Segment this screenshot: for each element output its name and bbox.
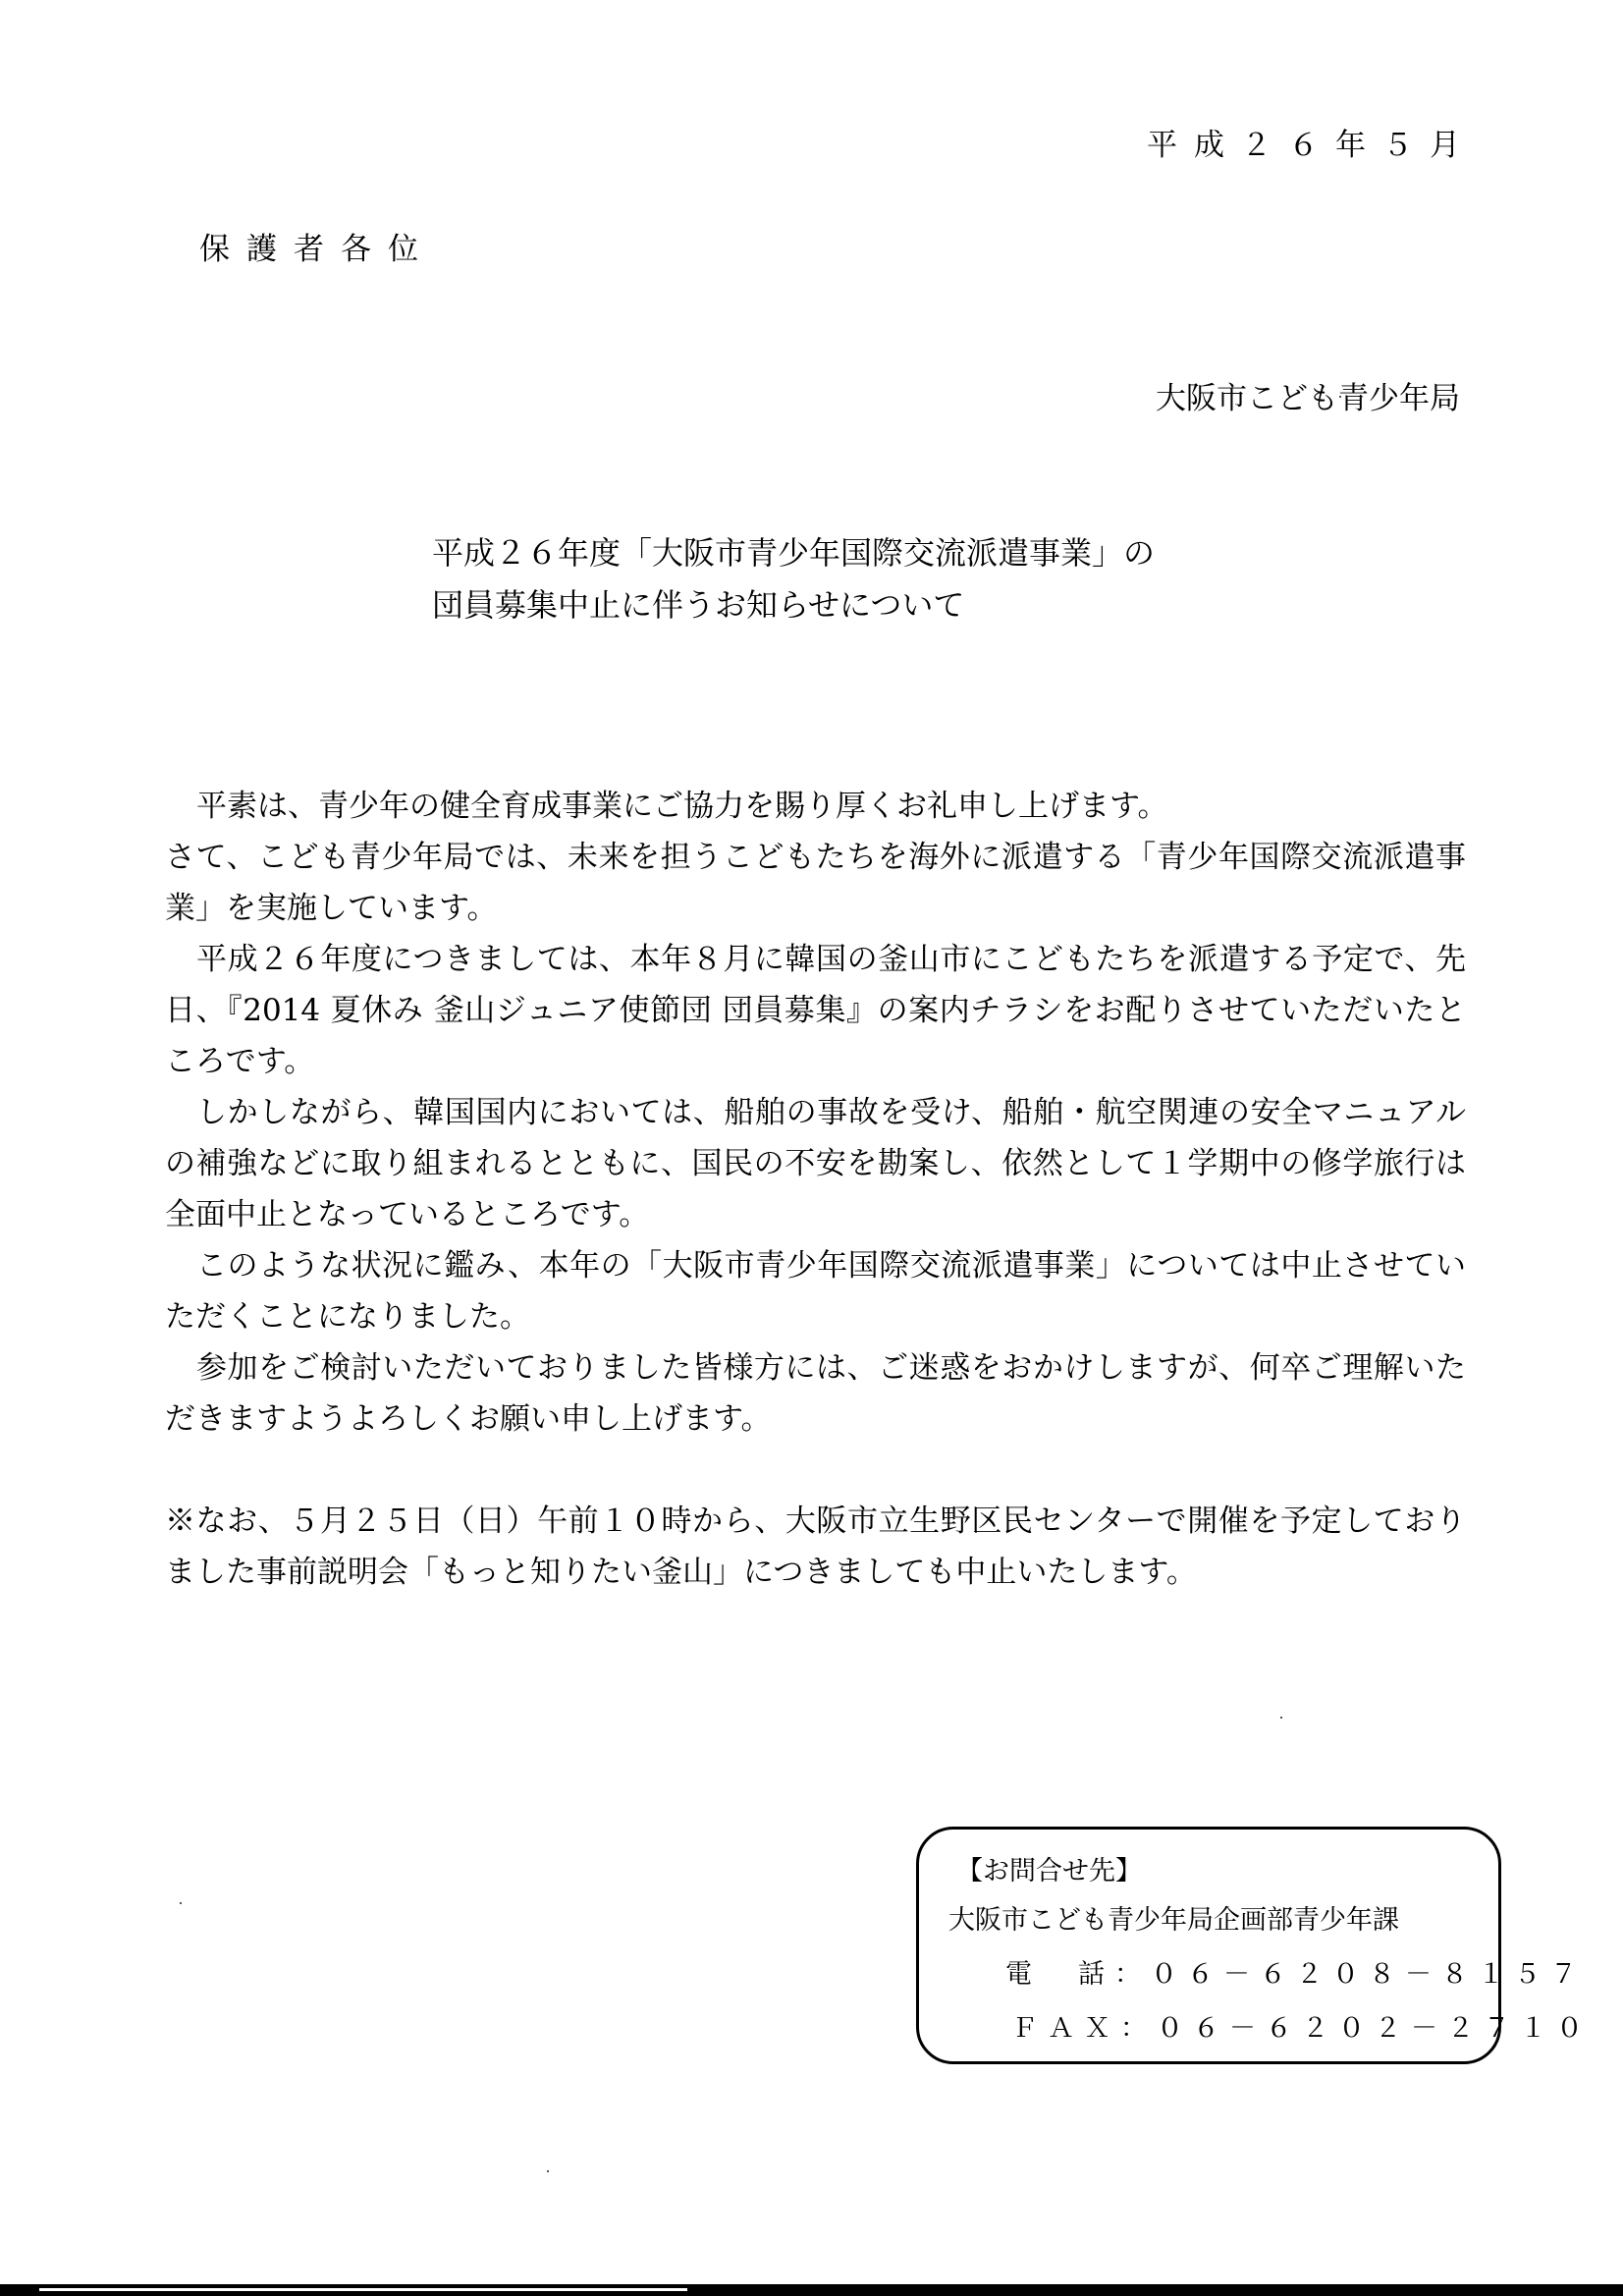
scan-speck	[547, 2170, 549, 2172]
scan-speck	[1339, 396, 1341, 398]
sender: 大阪市こども青少年局	[1156, 373, 1460, 417]
paragraph-cancellation: このような状況に鑑み、本年の「大阪市青少年国際交流派遣事業」については中止させて…	[165, 1240, 1466, 1342]
addressee: 保護者各位	[199, 224, 435, 268]
document-body: 平素は、青少年の健全育成事業にご協力を賜り厚くお礼申し上げます。 さて、こども青…	[165, 781, 1466, 1598]
scan-speck	[1280, 1717, 1282, 1719]
contact-fax: ＦＡＸ：０６－６２０２－２７１０	[1011, 2006, 1593, 2045]
paragraph-greeting: 平素は、青少年の健全育成事業にご協力を賜り厚くお礼申し上げます。	[165, 781, 1466, 832]
document-title: 平成２６年度「大阪市青少年国際交流派遣事業」の 団員募集中止に伴うお知らせについ…	[432, 527, 1155, 631]
paragraph-note: ※なお、５月２５日（日）午前１０時から、大阪市立生野区民センターで開催を予定して…	[165, 1496, 1466, 1598]
contact-heading: 【お問合せ先】	[956, 1849, 1142, 1887]
paragraph-introduction: さて、こども青少年局では、未来を担うこどもたちを海外に派遣する「青少年国際交流派…	[165, 832, 1466, 934]
title-line-2: 団員募集中止に伴うお知らせについて	[432, 579, 1155, 631]
contact-box: 【お問合せ先】 大阪市こども青少年局企画部青少年課 電 話：０６－６２０８－８１…	[916, 1827, 1501, 2064]
paragraph-situation: しかしながら、韓国国内においては、船舶の事故を受け、船舶・航空関連の安全マニュア…	[165, 1087, 1466, 1240]
contact-organization: 大阪市こども青少年局企画部青少年課	[948, 1898, 1399, 1937]
contact-phone: 電 話：０６－６２０８－８１５７	[1005, 1952, 1587, 1991]
scan-edge-artifact	[0, 2284, 1623, 2296]
paragraph-apology: 参加をご検討いただいておりました皆様方には、ご迷惑をおかけしますが、何卒ご理解い…	[165, 1342, 1466, 1445]
document-date: 平成２６年５月	[1147, 120, 1477, 164]
title-line-1: 平成２６年度「大阪市青少年国際交流派遣事業」の	[432, 527, 1155, 579]
scan-speck	[180, 1902, 182, 1904]
paragraph-plan: 平成２６年度につきましては、本年８月に韓国の釜山市にこどもたちを派遣する予定で、…	[165, 934, 1466, 1087]
